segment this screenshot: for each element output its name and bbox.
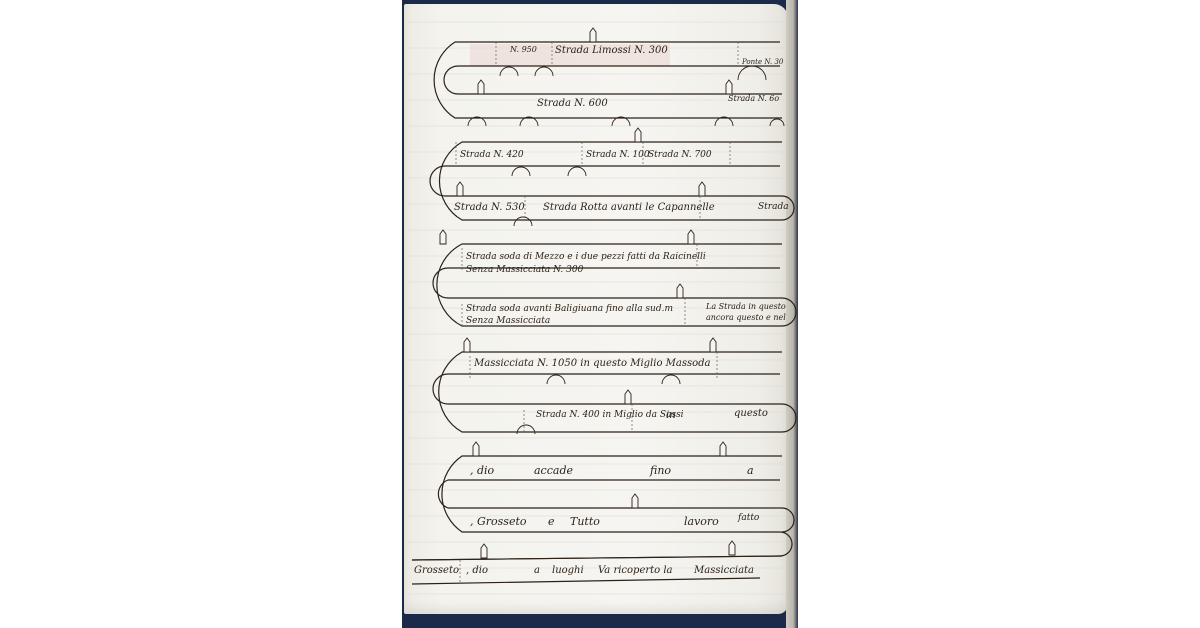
road-label: Senza Massicciata N. 300 <box>466 265 583 275</box>
road-label: , dio <box>470 464 494 477</box>
bridge-icons <box>468 66 784 434</box>
road-label: Tutto <box>570 515 600 528</box>
road-label: Strada Rotta avanti le Capannelle <box>543 202 715 213</box>
road-label: accade <box>534 464 573 477</box>
road-label: in <box>666 410 676 421</box>
road-label: questo <box>734 408 768 419</box>
road-label: fatto <box>738 513 759 523</box>
road-label: Strada N. 420 <box>460 150 524 160</box>
road-label: Massicciata N. 1050 in questo Miglio Mas… <box>474 358 711 369</box>
road-label: Strada N. 700 <box>648 150 712 160</box>
bridge-label: Ponte N. 30 <box>742 58 783 66</box>
road-label: Senza Massicciata <box>466 316 550 326</box>
road-label: Strada N. 400 in Miglio da Sassi <box>536 410 684 420</box>
road-label: lavoro <box>684 515 719 528</box>
road-label: , Grosseto <box>470 515 527 528</box>
road-label: Strada soda avanti Baligiuana fino alla … <box>466 304 673 314</box>
road-label: Strada N. 530 <box>454 202 525 213</box>
road-label: Strada <box>758 202 789 212</box>
road-label: , dio <box>466 565 488 576</box>
road-label: Massicciata <box>694 565 754 576</box>
road-label: Strada soda di Mezzo e i due pezzi fatti… <box>466 252 706 262</box>
road-label: Strada N. 6o <box>728 94 779 103</box>
road-label: Grosseto <box>414 565 459 576</box>
road-label: e <box>548 515 555 528</box>
road-label: luoghi <box>552 565 584 576</box>
road-strip-drawing <box>0 0 1200 628</box>
road-label: Strada N. 100 <box>586 150 650 160</box>
road-label: fino <box>650 464 671 477</box>
road-label: N. 950 <box>510 45 537 54</box>
road-label: La Strada in questo <box>706 302 786 311</box>
road-label: a <box>534 565 540 576</box>
road-label: Va ricoperto la <box>598 565 673 576</box>
road-label: Strada Limossi N. 300 <box>555 45 668 56</box>
road-label: Strada N. 600 <box>537 98 608 109</box>
road-label: a <box>747 464 754 477</box>
road-label: ancora questo e nel <box>706 313 786 322</box>
